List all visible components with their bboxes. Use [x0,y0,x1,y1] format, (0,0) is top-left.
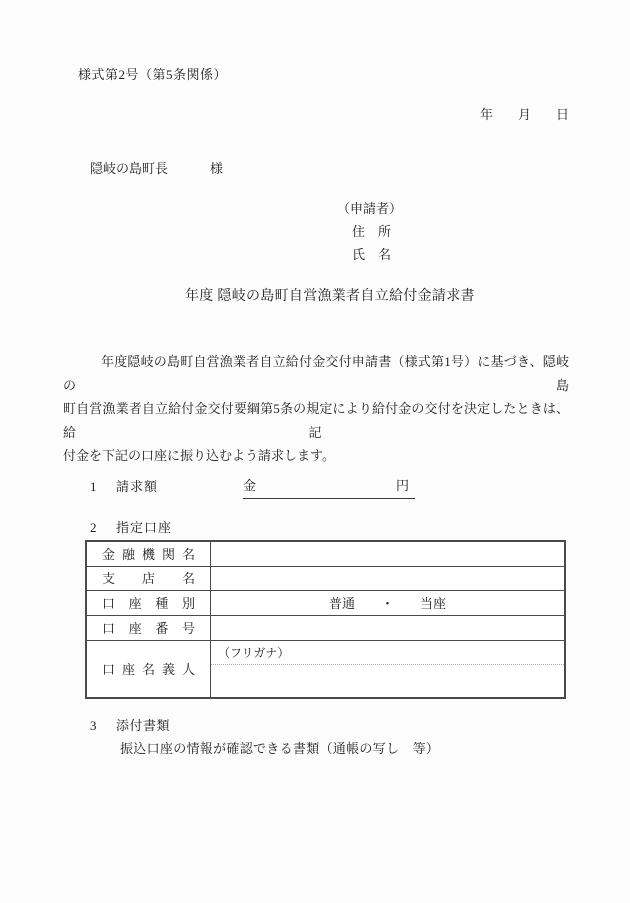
month-label: 月 [518,108,531,121]
table-row-account-holder: 口座名義人 （フリガナ） [87,640,564,697]
row-label-account-number: 口座番号 [87,616,211,640]
table-row-account-type: 口座種別 普通 ・ 当座 [87,590,564,615]
addressee-name: 隠岐の島町長 [90,162,168,175]
table-row-branch-name: 支店名 [87,566,564,590]
designated-account-number: 2 [90,521,104,534]
row-value-branch-name [211,567,564,590]
year-label: 年 [480,108,493,121]
body-paragraph: 年度隠岐の島町自営漁業者自立給付金交付申請書（様式第1号）に基づき、隠岐の島 町… [63,350,569,468]
record-heading: 記 [0,426,630,439]
account-table: 金融機関名 支店名 口座種別 普通 ・ 当座 口座番号 口座名義人 [85,540,566,699]
designated-account-label: 指定口座 [116,521,172,534]
addressee-honorific: 様 [210,162,223,175]
claim-amount-blank: 金 円 [243,479,415,499]
claim-amount-number: 1 [90,480,104,493]
row-label-account-type: 口座種別 [87,591,211,615]
account-holder-name-blank [211,665,564,697]
currency-prefix: 金 [243,479,256,492]
claim-amount-label: 請求額 [116,480,158,493]
document-title: 年度 隠岐の島町自営漁業者自立給付金請求書 [185,290,475,304]
furigana-label: （フリガナ） [211,641,564,665]
applicant-address-label: 住 所 [337,225,402,248]
table-row-account-number: 口座番号 [87,615,564,640]
paragraph-line: 付金を下記の口座に振り込むよう請求します。 [63,444,569,468]
row-label-bank-name: 金融機関名 [87,542,211,566]
attachments-label: 添付書類 [116,719,170,732]
currency-suffix: 円 [396,479,409,492]
row-value-account-type: 普通 ・ 当座 [211,591,564,615]
row-label-branch-name: 支店名 [87,567,211,590]
applicant-heading: （申請者） [337,202,402,225]
paragraph-line: 年度隠岐の島町自営漁業者自立給付金交付申請書（様式第1号）に基づき、隠岐の島 [63,350,569,397]
table-row-bank-name: 金融機関名 [87,542,564,566]
applicant-block: （申請者） 住 所 氏 名 [337,202,402,271]
applicant-name-label: 氏 名 [337,248,402,271]
day-label: 日 [556,108,569,121]
row-value-bank-name [211,542,564,566]
row-label-account-holder: 口座名義人 [87,641,211,697]
row-value-account-number [211,616,564,640]
attachments-detail: 振込口座の情報が確認できる書類（通帳の写し 等） [120,742,439,755]
form-number: 様式第2号（第5条関係） [78,68,227,81]
form-page: 様式第2号（第5条関係） 年 月 日 隠岐の島町長 様 （申請者） 住 所 氏 … [0,0,630,903]
attachments-number: 3 [90,719,104,732]
row-value-account-holder: （フリガナ） [211,641,564,697]
date-line: 年 月 日 [480,108,569,121]
